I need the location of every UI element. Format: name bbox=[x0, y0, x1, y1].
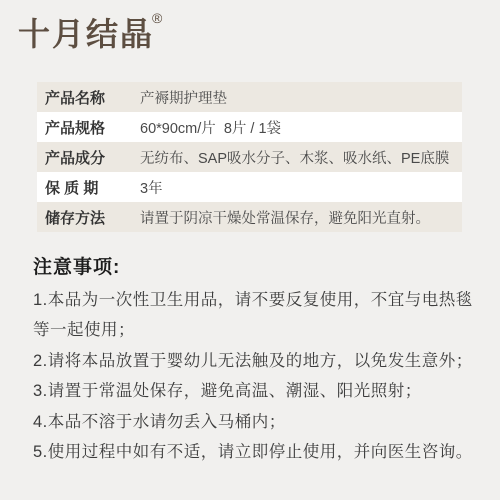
notice-line-5: 5.使用过程中如有不适，请立即停止使用，并向医生咨询。 bbox=[33, 441, 483, 463]
notice-line-2: 2.请将本品放置于婴幼儿无法触及的地方，以免发生意外； bbox=[33, 350, 483, 372]
spec-value: 60*90cm/片 8片 / 1袋 bbox=[140, 117, 462, 138]
table-row-shelf-life: 保 质 期 3年 bbox=[37, 172, 462, 202]
spec-value: 产褥期护理垫 bbox=[140, 87, 462, 108]
brand-logo-text: 十月结晶 bbox=[18, 16, 154, 52]
table-row-storage-method: 储存方法 请置于阴凉干燥处常温保存，避免阳光直射。 bbox=[37, 202, 462, 232]
spec-value: 3年 bbox=[140, 177, 462, 198]
brand-logo: 十月结晶® bbox=[18, 14, 164, 54]
spec-label: 产品成分 bbox=[37, 147, 140, 168]
spec-label: 产品规格 bbox=[37, 117, 140, 138]
notice-heading: 注意事项: bbox=[33, 256, 483, 280]
product-info-page: 十月结晶® 产品名称 产褥期护理垫 产品规格 60*90cm/片 8片 / 1袋… bbox=[0, 0, 500, 500]
spec-value: 请置于阴凉干燥处常温保存，避免阳光直射。 bbox=[140, 207, 462, 228]
spec-label: 保 质 期 bbox=[37, 177, 140, 198]
spec-label: 储存方法 bbox=[37, 207, 140, 228]
spec-value: 无纺布、SAP吸水分子、木浆、吸水纸、PE底膜 bbox=[140, 147, 462, 168]
notice-line-1: 1.本品为一次性卫生用品，请不要反复使用，不宜与电热毯 bbox=[33, 289, 483, 311]
notice-section: 注意事项: 1.本品为一次性卫生用品，请不要反复使用，不宜与电热毯 等一起使用；… bbox=[33, 256, 483, 463]
table-row-product-materials: 产品成分 无纺布、SAP吸水分子、木浆、吸水纸、PE底膜 bbox=[37, 142, 462, 172]
table-row-product-name: 产品名称 产褥期护理垫 bbox=[37, 82, 462, 112]
notice-line-4: 4.本品不溶于水请勿丢入马桶内； bbox=[33, 411, 483, 433]
notice-line-1-continued: 等一起使用； bbox=[33, 319, 483, 341]
product-spec-table: 产品名称 产褥期护理垫 产品规格 60*90cm/片 8片 / 1袋 产品成分 … bbox=[37, 82, 462, 232]
registered-trademark-icon: ® bbox=[152, 10, 162, 26]
notice-line-3: 3.请置于常温处保存，避免高温、潮湿、阳光照射； bbox=[33, 380, 483, 402]
table-row-product-size: 产品规格 60*90cm/片 8片 / 1袋 bbox=[37, 112, 462, 142]
spec-label: 产品名称 bbox=[37, 87, 140, 108]
notice-list: 1.本品为一次性卫生用品，请不要反复使用，不宜与电热毯 等一起使用； 2.请将本… bbox=[33, 289, 483, 463]
